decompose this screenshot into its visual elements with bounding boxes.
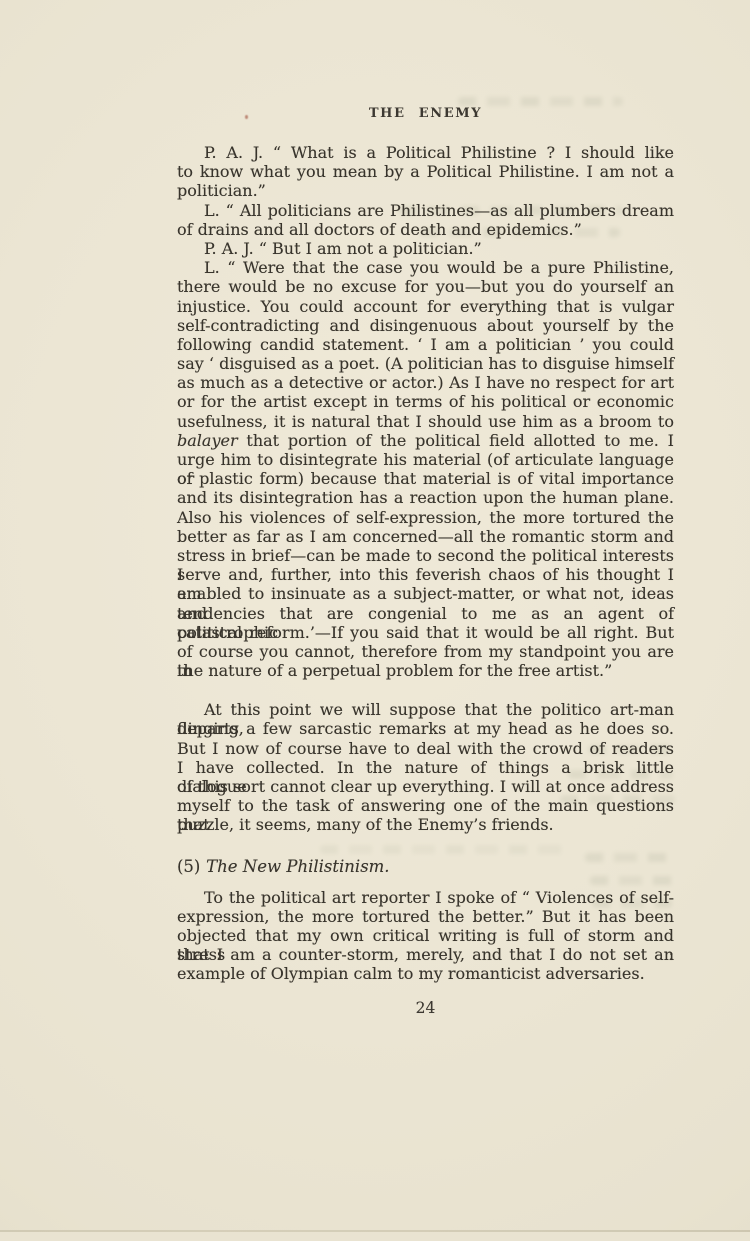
text-line: that I am a counter-storm, merely, and t…: [177, 945, 674, 964]
text-line: say ‘ disguised as a poet. (A politician…: [177, 354, 674, 373]
text-line: balayer that portion of the political fi…: [177, 431, 674, 450]
text-line-rest: that portion of the political field allo…: [238, 431, 674, 450]
text-line: expression, the more tortured the better…: [177, 907, 674, 926]
text-line: better as far as I am concerned—all the …: [177, 527, 674, 546]
text-line: usefulness, it is natural that I should …: [177, 412, 674, 431]
page-number: 24: [177, 999, 674, 1017]
text-line: of course you cannot, therefore from my …: [177, 642, 674, 661]
paragraph: P. A. J. “ But I am not a politician.”: [177, 239, 674, 258]
text-line: and its disintegration has a reaction up…: [177, 488, 674, 507]
text-line: of this sort cannot clear up everything.…: [177, 777, 674, 796]
text-line: L. “ Were that the case you would be a p…: [177, 258, 674, 277]
text-line: politician.”: [177, 181, 674, 200]
text-line: But I now of course have to deal with th…: [177, 739, 674, 758]
text-line: myself to the task of answering one of t…: [177, 796, 674, 815]
text-line: tendencies that are congenial to me as a…: [177, 604, 674, 623]
text-line: following candid statement. ‘ I am a pol…: [177, 335, 674, 354]
text-line: I have collected. In the nature of thing…: [177, 758, 674, 777]
text-line: L. “ All politicians are Philistines—as …: [177, 201, 674, 220]
text-line: P. A. J. “ But I am not a politician.”: [177, 239, 674, 258]
running-head: THE ENEMY: [177, 106, 674, 121]
text-line: puzzle, it seems, many of the Enemy’s fr…: [177, 815, 674, 834]
text-line: or for the artist except in terms of his…: [177, 392, 674, 411]
text-line: P. A. J. “ What is a Political Philistin…: [177, 143, 674, 162]
page-bottom-strip: [0, 1232, 750, 1241]
scanned-book-page: THE ENEMY P. A. J. “ What is a Political…: [0, 0, 750, 1241]
text-line: Also his violences of self-expression, t…: [177, 508, 674, 527]
text-line: self-contradicting and disingenuous abou…: [177, 316, 674, 335]
paragraph: P. A. J. “ What is a Political Philistin…: [177, 143, 674, 201]
text-line: political reform.’—If you said that it w…: [177, 623, 674, 642]
text-line: stress in brief—can be made to second th…: [177, 546, 674, 565]
bleed-through-smudge: [458, 97, 623, 106]
text-line: At this point we will suppose that the p…: [177, 700, 674, 719]
text-line: as much as a detective or actor.) As I h…: [177, 373, 674, 392]
text-line: the nature of a perpetual problem for th…: [177, 661, 674, 680]
text-line: enabled to insinuate as a subject-matter…: [177, 584, 674, 603]
section-number: (5): [177, 857, 200, 876]
text-line: of plastic form) because that material i…: [177, 469, 674, 488]
paragraph: At this point we will suppose that the p…: [177, 700, 674, 834]
text-line: of drains and all doctors of death and e…: [177, 220, 674, 239]
text-line: to know what you mean by a Political Phi…: [177, 162, 674, 181]
body-text: P. A. J. “ What is a Political Philistin…: [177, 143, 674, 984]
text-line: injustice. You could account for everyth…: [177, 297, 674, 316]
text-line: serve and, further, into this feverish c…: [177, 565, 674, 584]
text-line: To the political art reporter I spoke of…: [177, 888, 674, 907]
paragraph: L. “ All politicians are Philistines—as …: [177, 201, 674, 239]
italic-word: balayer: [177, 431, 238, 450]
text-line: urge him to disintegrate his material (o…: [177, 450, 674, 469]
paragraph: L. “ Were that the case you would be a p…: [177, 258, 674, 680]
paragraph: To the political art reporter I spoke of…: [177, 888, 674, 984]
text-line: flinging a few sarcastic remarks at my h…: [177, 719, 674, 738]
section-heading: (5)The New Philistinism.: [177, 857, 674, 877]
text-line: example of Olympian calm to my romantici…: [177, 964, 674, 983]
section-title: The New Philistinism.: [206, 857, 389, 876]
text-line: objected that my own critical writing is…: [177, 926, 674, 945]
text-line: there would be no excuse for you—but you…: [177, 277, 674, 296]
